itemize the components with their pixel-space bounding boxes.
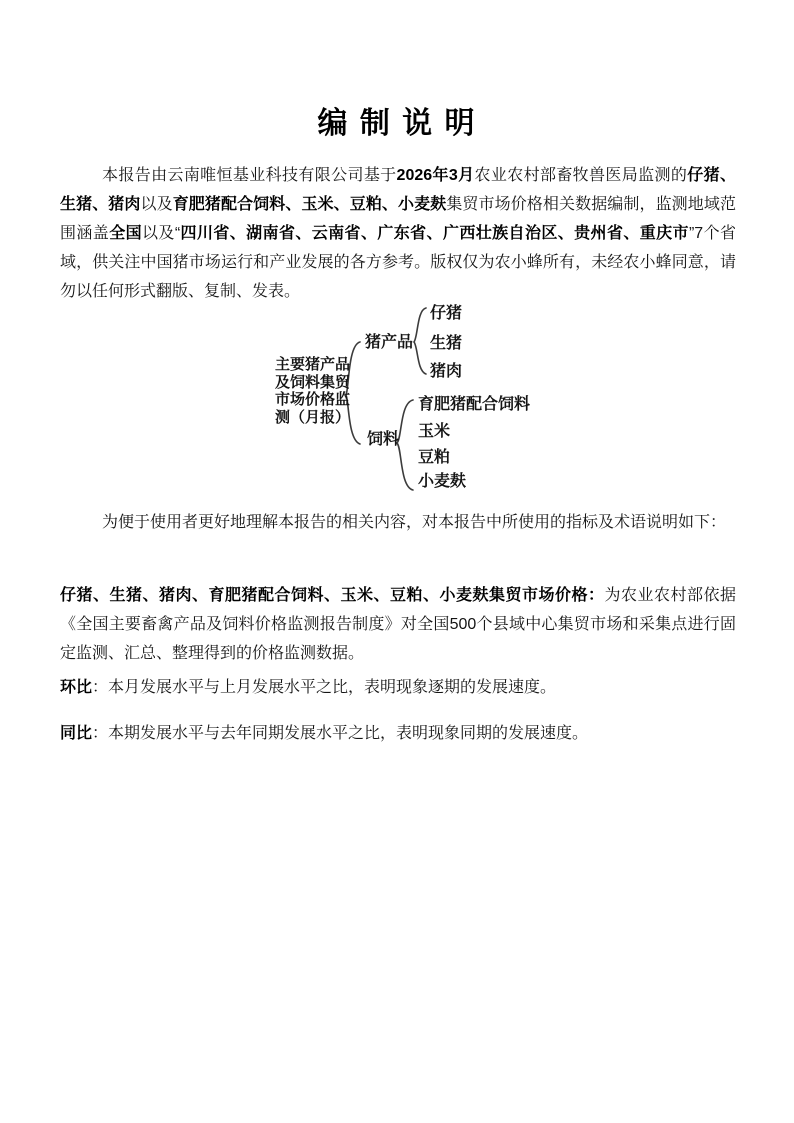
terms-intro-paragraph: 为便于使用者更好地理解本报告的相关内容，对本报告中所使用的指标及术语说明如下： bbox=[60, 508, 736, 537]
price-monitoring-tree-diagram: 主要猪产品 及饲料集贸 市场价格监 测（月报） 猪产品 仔猪 生猪 猪肉 饲料 … bbox=[275, 300, 540, 505]
document-page: 编 制 说 明 本报告由云南唯恒基业科技有限公司基于2026年3月农业农村部畜牧… bbox=[0, 0, 794, 1123]
diagram-item-fattening-pig-compound-feed: 育肥猪配合饲料 bbox=[418, 395, 530, 415]
diagram-root-line: 市场价格监 bbox=[275, 391, 350, 409]
diagram-item-corn: 玉米 bbox=[418, 422, 450, 442]
market-price-definition-paragraph: 仔猪、生猪、猪肉、育肥猪配合饲料、玉米、豆粕、小麦麸集贸市场价格：为农业农村部依… bbox=[60, 581, 736, 668]
pig-products-brace bbox=[414, 308, 426, 374]
diagram-branch-feed: 饲料 bbox=[367, 430, 399, 450]
yoy-definition-paragraph: 同比：本期发展水平与去年同期发展水平之比，表明现象同期的发展速度。 bbox=[60, 719, 736, 748]
diagram-item-pork: 猪肉 bbox=[430, 362, 462, 382]
page-title: 编 制 说 明 bbox=[0, 106, 794, 142]
diagram-item-live-hog: 生猪 bbox=[430, 334, 462, 354]
diagram-root-line: 主要猪产品 bbox=[275, 356, 350, 374]
diagram-root-line: 测（月报） bbox=[275, 409, 350, 427]
diagram-item-wheat-bran: 小麦麸 bbox=[418, 472, 466, 492]
diagram-root-node: 主要猪产品 及饲料集贸 市场价格监 测（月报） bbox=[275, 356, 350, 426]
intro-paragraph: 本报告由云南唯恒基业科技有限公司基于2026年3月农业农村部畜牧兽医局监测的仔猪… bbox=[60, 161, 736, 306]
diagram-item-soybean-meal: 豆粕 bbox=[418, 448, 450, 468]
mom-definition-paragraph: 环比：本月发展水平与上月发展水平之比，表明现象逐期的发展速度。 bbox=[60, 673, 736, 702]
feed-brace bbox=[397, 400, 413, 490]
diagram-item-piglet: 仔猪 bbox=[430, 304, 462, 324]
diagram-branch-pig-products: 猪产品 bbox=[365, 333, 413, 353]
diagram-root-line: 及饲料集贸 bbox=[275, 374, 350, 392]
